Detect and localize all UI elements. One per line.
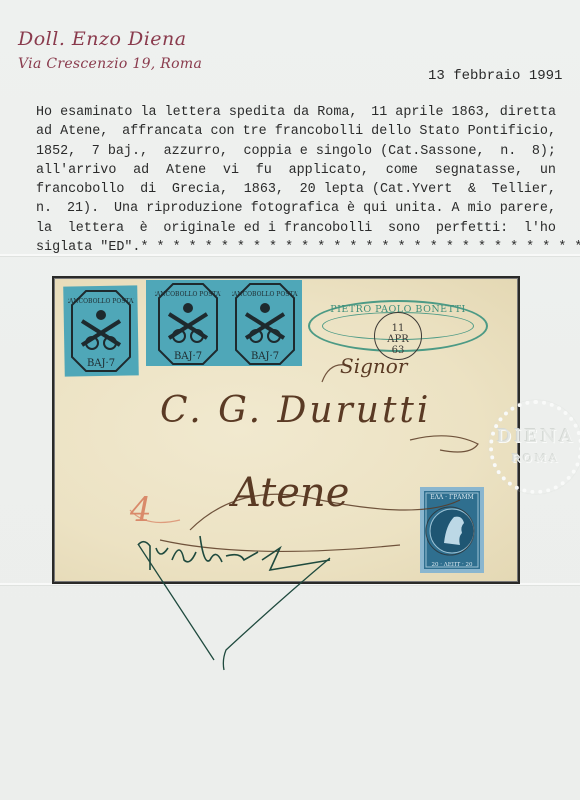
certificate-date: 13 febbraio 1991 [428,68,562,84]
papal-keys-icon: FRANCOBOLLO POSTALE BAJ·7 [232,280,298,368]
certificate-body: Ho esaminato la lettera spedita da Roma,… [36,103,556,257]
papal-keys-icon: FRANCOBOLLO POSTALE BAJ·7 [68,287,134,375]
svg-text:FRANCOBOLLO POSTALE: FRANCOBOLLO POSTALE [155,291,221,298]
address-recipient: C. G. Durutti [160,390,431,431]
certificate-line: siglata "ED".* * * * * * * * * * * * * *… [36,238,556,257]
expert-address: Via Crescenzio 19, Roma [18,56,202,72]
certificate-line: 1852,7 baj.,azzurro,coppia e singolo (Ca… [36,142,556,161]
certificate-sheet: Doll. Enzo Diena Via Crescenzio 19, Roma… [0,0,580,800]
address-city: Atene [232,470,349,516]
circular-datestamp: 11 APR 63 [374,312,422,360]
certificate-line: laletteraèoriginale ed i francobollisono… [36,219,556,238]
svg-text:BAJ·7: BAJ·7 [251,351,279,362]
red-crayon-mark: 4 [130,490,152,530]
svg-text:BAJ·7: BAJ·7 [87,358,115,369]
papal-stamp-pair-left: FRANCOBOLLO POSTALE BAJ·7 [155,280,221,368]
svg-text:ΕΛΛ · ΓΡΑΜΜ: ΕΛΛ · ΓΡΑΜΜ [430,494,474,501]
svg-text:FRANCOBOLLO POSTALE: FRANCOBOLLO POSTALE [232,291,298,298]
embossed-seal: DIENA ROMA [489,400,580,494]
certificate-line: n.21).Una riproduzione fotografica è qui… [36,199,556,218]
svg-text:FRANCOBOLLO POSTALE: FRANCOBOLLO POSTALE [68,298,134,305]
papal-stamp-pair-right: FRANCOBOLLO POSTALE BAJ·7 [232,280,298,368]
svg-text:20 · ΛΕΠΤ · 20: 20 · ΛΕΠΤ · 20 [432,562,473,568]
certificate-line: Ho esaminato la lettera spedita da Roma,… [36,103,556,122]
address-salutation: Signor [340,354,407,378]
certificate-line: ad Atene,affrancata con tre francobolli … [36,122,556,141]
letterhead: Doll. Enzo Diena Via Crescenzio 19, Roma [18,28,202,72]
svg-text:BAJ·7: BAJ·7 [174,351,202,362]
certificate-line: francobollodiGrecia,1863,20 lepta (Cat.Y… [36,180,556,199]
certificate-line: all'arrivoadAtenevifuapplicato,comesegna… [36,161,556,180]
greek-hermes-stamp: ΕΛΛ · ΓΡΑΜΜ 20 · ΛΕΠΤ · 20 [420,487,484,573]
datestamp-text: 11 APR 63 [375,323,421,356]
papal-keys-icon: FRANCOBOLLO POSTALE BAJ·7 [155,280,221,368]
papal-stamp-single: FRANCOBOLLO POSTALE BAJ·7 [68,287,134,375]
expert-name: Doll. Enzo Diena [18,28,202,50]
hermes-head-icon: ΕΛΛ · ΓΡΑΜΜ 20 · ΛΕΠΤ · 20 [420,487,484,573]
